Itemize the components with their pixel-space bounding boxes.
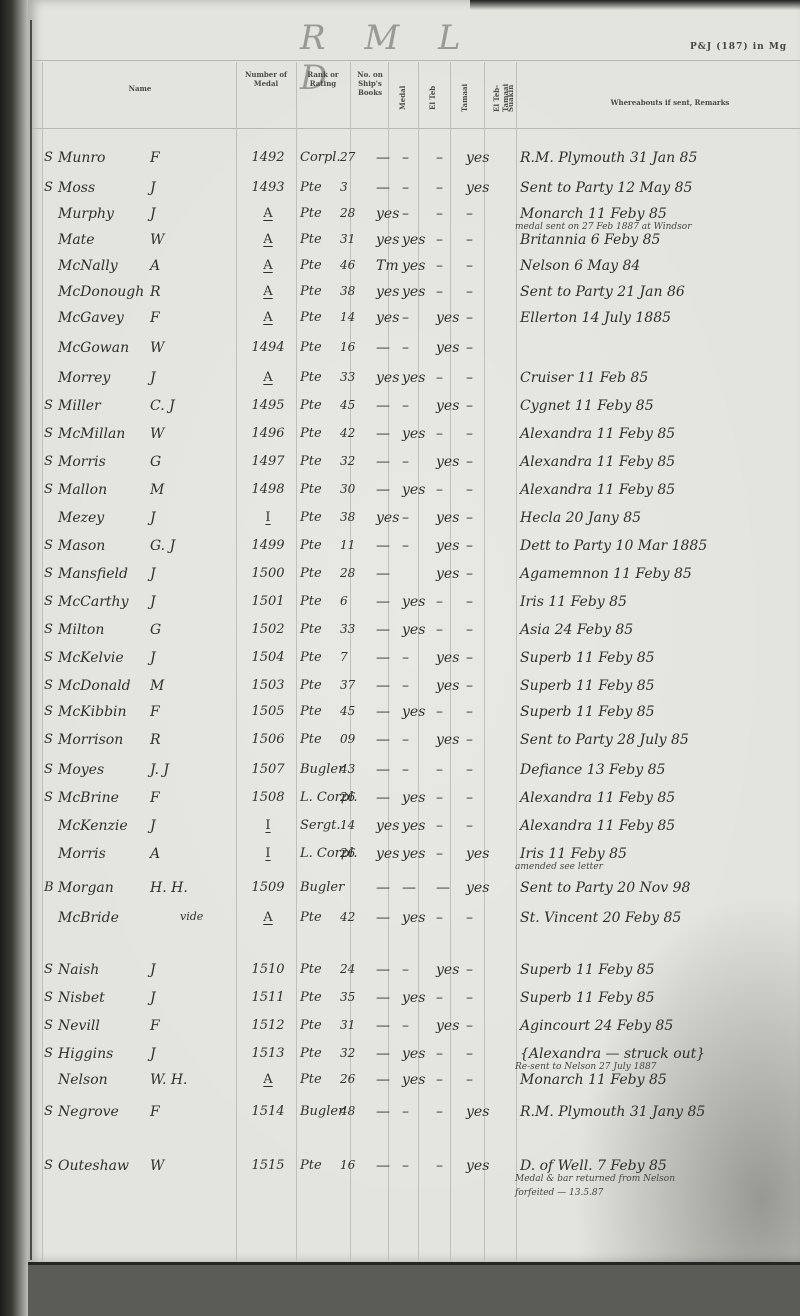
table-row: MateWAPte31yesyes––Britannia 6 Feby 85 xyxy=(0,232,800,256)
ship-book-number: 30 xyxy=(340,482,355,496)
initials: G xyxy=(150,454,161,470)
surname: McKenzie xyxy=(58,818,128,834)
remarks: Iris 11 Feby 85 xyxy=(520,594,627,610)
ship-book-number: 09 xyxy=(340,732,355,746)
initials: A xyxy=(150,258,160,274)
rank-rating: Pte xyxy=(300,454,322,469)
medal-number: 1515 xyxy=(240,1158,296,1173)
rank-rating: Pte xyxy=(300,704,322,719)
flag-col-1: yes xyxy=(376,370,399,386)
rank-rating: Bugler xyxy=(300,762,344,777)
table-row: SMallonM1498Pte30—yes––Alexandra 11 Feby… xyxy=(0,482,800,506)
table-row: SMorrisonR1506Pte09—–yes–Sent to Party 2… xyxy=(0,732,800,756)
flag-col-3: yes xyxy=(436,962,459,978)
initials: W xyxy=(150,340,164,356)
flag-col-2: – xyxy=(402,340,409,356)
flag-col-2: – xyxy=(402,180,409,196)
flag-col-2: yes xyxy=(402,704,425,720)
medal-number: 1499 xyxy=(240,538,296,553)
remark-annotation: Re-sent to Nelson 27 July 1887 xyxy=(515,1062,656,1072)
flag-col-1: — xyxy=(376,398,390,414)
ship-book-number: 33 xyxy=(340,622,355,636)
flag-col-1: — xyxy=(376,150,390,166)
column-header-name: Name xyxy=(110,84,170,93)
remarks: Cruiser 11 Feb 85 xyxy=(520,370,648,386)
flag-col-3: – xyxy=(436,258,443,274)
rank-rating: Pte xyxy=(300,566,322,581)
flag-col-1: — xyxy=(376,962,390,978)
flag-col-3: yes xyxy=(436,538,459,554)
surname: Nevill xyxy=(58,1018,100,1034)
flag-col-3: – xyxy=(436,818,443,834)
ship-book-number: 16 xyxy=(340,1158,355,1172)
medal-number: A xyxy=(240,370,296,385)
rank-rating: Pte xyxy=(300,732,322,747)
rank-rating: Pte xyxy=(300,1046,322,1061)
medal-number: 1507 xyxy=(240,762,296,777)
initials: J xyxy=(150,818,156,834)
table-row: BMorganH. H.1509Bugler———yesSent to Part… xyxy=(0,880,800,904)
flag-col-4: – xyxy=(466,482,473,498)
row-prefix: S xyxy=(44,454,53,469)
rank-rating: Pte xyxy=(300,1158,322,1173)
initials: H. H. xyxy=(150,880,188,896)
flag-col-3: – xyxy=(436,704,443,720)
rank-rating: Pte xyxy=(300,678,322,693)
flag-col-1: — xyxy=(376,622,390,638)
row-prefix: S xyxy=(44,180,53,195)
remarks: Cygnet 11 Feby 85 xyxy=(520,398,654,414)
flag-col-4: yes xyxy=(466,1158,489,1174)
flag-col-4: – xyxy=(466,538,473,554)
ship-book-number: 24 xyxy=(340,962,355,976)
table-row: McGowanW1494Pte16—–yes– xyxy=(0,340,800,364)
surname: Naish xyxy=(58,962,99,978)
row-prefix: S xyxy=(44,1158,53,1173)
row-prefix: S xyxy=(44,482,53,497)
flag-col-3: – xyxy=(436,846,443,862)
flag-col-1: — xyxy=(376,762,390,778)
surname: Morrison xyxy=(58,732,123,748)
flag-col-4: – xyxy=(466,594,473,610)
initials: W. H. xyxy=(150,1072,188,1088)
surname: McNally xyxy=(58,258,118,274)
row-prefix: S xyxy=(44,566,53,581)
initials: J xyxy=(150,510,156,526)
flag-col-4: – xyxy=(466,704,473,720)
remarks: Defiance 13 Feby 85 xyxy=(520,762,665,778)
table-row: McNallyAAPte46Tmyes––Nelson 6 May 84 xyxy=(0,258,800,282)
flag-col-4: yes xyxy=(466,180,489,196)
table-row: McKenzieJISergt.14yesyes––Alexandra 11 F… xyxy=(0,818,800,842)
flag-col-2: yes xyxy=(402,846,425,862)
table-row: MorrisAIL. Corpl.26yesyes–yesIris 11 Feb… xyxy=(0,846,800,870)
flag-col-2: – xyxy=(402,206,409,222)
flag-col-3: – xyxy=(436,790,443,806)
ship-book-number: 38 xyxy=(340,510,355,524)
table-row: SHigginsJ1513Pte32—yes––{Alexandra — str… xyxy=(0,1046,800,1070)
flag-col-2: – xyxy=(402,678,409,694)
flag-col-2: yes xyxy=(402,818,425,834)
column-header-ship-book: No. on Ship's Books xyxy=(352,70,388,97)
medal-number: A xyxy=(240,910,296,925)
remarks: Alexandra 11 Feby 85 xyxy=(520,790,675,806)
row-prefix: S xyxy=(44,426,53,441)
initials: M xyxy=(150,482,164,498)
ship-book-number: 32 xyxy=(340,454,355,468)
rank-rating: Pte xyxy=(300,482,322,497)
initials: J xyxy=(150,370,156,386)
scan-shadow xyxy=(470,0,800,10)
rank-rating: Pte xyxy=(300,310,322,325)
flag-col-1: yes xyxy=(376,232,399,248)
surname: McMillan xyxy=(58,426,125,442)
flag-col-3: — xyxy=(436,880,450,896)
row-prefix: S xyxy=(44,678,53,693)
rank-rating: Pte xyxy=(300,370,322,385)
surname: McCarthy xyxy=(58,594,128,610)
remarks: D. of Well. 7 Feby 85 xyxy=(520,1158,667,1174)
column-header-medal-flag: Medal xyxy=(398,76,407,120)
medal-number: I xyxy=(240,846,296,861)
rank-rating: Pte xyxy=(300,1018,322,1033)
initials: F xyxy=(150,704,160,720)
flag-col-1: — xyxy=(376,880,390,896)
ship-book-number: 31 xyxy=(340,232,355,246)
surname: McDonald xyxy=(58,678,131,694)
surname: Nelson xyxy=(58,1072,108,1088)
flag-col-2: yes xyxy=(402,622,425,638)
flag-col-4: – xyxy=(466,962,473,978)
surname: Miller xyxy=(58,398,101,414)
flag-col-4: – xyxy=(466,1018,473,1034)
flag-col-2: yes xyxy=(402,790,425,806)
table-row: MorreyJAPte33yesyes––Cruiser 11 Feb 85 xyxy=(0,370,800,394)
flag-col-1: — xyxy=(376,990,390,1006)
ship-book-number: 3 xyxy=(340,180,348,194)
rank-rating: Pte xyxy=(300,1072,322,1087)
flag-col-4: – xyxy=(466,650,473,666)
flag-col-3: yes xyxy=(436,678,459,694)
flag-col-2: – xyxy=(402,732,409,748)
medal-number: 1505 xyxy=(240,704,296,719)
remarks: {Alexandra — struck out} xyxy=(520,1046,705,1062)
ship-book-number: 37 xyxy=(340,678,355,692)
medal-number: A xyxy=(240,284,296,299)
initials: J xyxy=(150,180,156,196)
flag-col-4: – xyxy=(466,206,473,222)
ship-book-number: 14 xyxy=(340,310,355,324)
flag-col-3: – xyxy=(436,762,443,778)
flag-col-2: yes xyxy=(402,594,425,610)
flag-col-1: — xyxy=(376,1046,390,1062)
medal-number: 1497 xyxy=(240,454,296,469)
flag-col-2: yes xyxy=(402,258,425,274)
surname: Mallon xyxy=(58,482,107,498)
flag-col-4: – xyxy=(466,910,473,926)
surname: McKibbin xyxy=(58,704,127,720)
surname: Murphy xyxy=(58,206,114,222)
flag-col-3: – xyxy=(436,232,443,248)
ship-book-number: 38 xyxy=(340,284,355,298)
medal-number: 1513 xyxy=(240,1046,296,1061)
surname: McBrine xyxy=(58,790,119,806)
remarks: Iris 11 Feby 85 xyxy=(520,846,627,862)
flag-col-2: – xyxy=(402,962,409,978)
remark-annotation: Medal & bar returned from Nelson xyxy=(515,1174,675,1184)
flag-col-1: — xyxy=(376,790,390,806)
surname: McGavey xyxy=(58,310,124,326)
row-prefix: S xyxy=(44,1018,53,1033)
flag-col-2: yes xyxy=(402,1072,425,1088)
initials: G xyxy=(150,622,161,638)
table-row: SNevillF1512Pte31—–yes–Agincourt 24 Feby… xyxy=(0,1018,800,1042)
remarks: St. Vincent 20 Feby 85 xyxy=(520,910,681,926)
rank-rating: Pte xyxy=(300,232,322,247)
row-prefix: S xyxy=(44,538,53,553)
flag-col-4: – xyxy=(466,990,473,1006)
flag-col-1: — xyxy=(376,1072,390,1088)
row-prefix: B xyxy=(44,880,54,895)
ship-book-number: 28 xyxy=(340,206,355,220)
initials: J xyxy=(150,990,156,1006)
initials: J xyxy=(150,594,156,610)
flag-col-4: – xyxy=(466,232,473,248)
remarks: Alexandra 11 Feby 85 xyxy=(520,818,675,834)
table-row: SMasonG. J1499Pte11—–yes–Dett to Party 1… xyxy=(0,538,800,562)
rank-rating: Pte xyxy=(300,180,322,195)
ship-book-number: 33 xyxy=(340,370,355,384)
flag-col-2: – xyxy=(402,310,409,326)
ship-book-number: 32 xyxy=(340,1046,355,1060)
flag-col-1: — xyxy=(376,678,390,694)
row-prefix: S xyxy=(44,1046,53,1061)
surname: Mason xyxy=(58,538,105,554)
ship-book-number: 42 xyxy=(340,910,355,924)
flag-col-2: – xyxy=(402,762,409,778)
surname: Negrove xyxy=(58,1104,119,1120)
surname: Nisbet xyxy=(58,990,105,1006)
medal-number: 1502 xyxy=(240,622,296,637)
flag-col-1: — xyxy=(376,650,390,666)
flag-col-1: — xyxy=(376,1104,390,1120)
surname: Morris xyxy=(58,454,106,470)
remarks: Sent to Party 12 May 85 xyxy=(520,180,692,196)
column-header-medal: Number of Medal xyxy=(244,70,288,88)
flag-col-4: – xyxy=(466,510,473,526)
remarks: Sent to Party 21 Jan 86 xyxy=(520,284,685,300)
flag-col-1: — xyxy=(376,340,390,356)
ship-book-number: 45 xyxy=(340,704,355,718)
table-row: SMcDonaldM1503Pte37—–yes–Superb 11 Feby … xyxy=(0,678,800,702)
surname: Munro xyxy=(58,150,106,166)
flag-col-4: – xyxy=(466,762,473,778)
table-row: SOuteshawW1515Pte16—––yesD. of Well. 7 F… xyxy=(0,1158,800,1182)
remarks: Dett to Party 10 Mar 1885 xyxy=(520,538,707,554)
remarks: Superb 11 Feby 85 xyxy=(520,704,655,720)
flag-col-1: — xyxy=(376,1018,390,1034)
column-header-tamaai: Tamaai xyxy=(460,76,469,120)
remarks: Ellerton 14 July 1885 xyxy=(520,310,671,326)
flag-col-3: yes xyxy=(436,398,459,414)
flag-col-4: yes xyxy=(466,1104,489,1120)
surname: Milton xyxy=(58,622,104,638)
flag-col-4: – xyxy=(466,370,473,386)
row-prefix: S xyxy=(44,150,53,165)
flag-col-1: Tm xyxy=(376,258,399,274)
initials: J xyxy=(150,962,156,978)
row-prefix: S xyxy=(44,762,53,777)
flag-col-3: – xyxy=(436,990,443,1006)
medal-number: 1496 xyxy=(240,426,296,441)
ship-book-number: 31 xyxy=(340,1018,355,1032)
flag-col-4: – xyxy=(466,1046,473,1062)
initials: F xyxy=(150,790,160,806)
surname: Mate xyxy=(58,232,95,248)
flag-col-4: yes xyxy=(466,880,489,896)
flag-col-4: – xyxy=(466,258,473,274)
remarks: Superb 11 Feby 85 xyxy=(520,990,655,1006)
flag-col-4: – xyxy=(466,340,473,356)
initials: W xyxy=(150,232,164,248)
ship-book-number: 46 xyxy=(340,258,355,272)
flag-col-4: – xyxy=(466,622,473,638)
flag-col-2: yes xyxy=(402,1046,425,1062)
flag-col-1: yes xyxy=(376,284,399,300)
rank-rating: Pte xyxy=(300,340,322,355)
ship-book-number: 42 xyxy=(340,426,355,440)
rank-rating: Pte xyxy=(300,258,322,273)
flag-col-3: – xyxy=(436,1072,443,1088)
row-prefix: S xyxy=(44,704,53,719)
flag-col-3: yes xyxy=(436,340,459,356)
table-row: McBrideAPte42—yes––St. Vincent 20 Feby 8… xyxy=(0,910,800,934)
initials: M xyxy=(150,678,164,694)
remarks: R.M. Plymouth 31 Jany 85 xyxy=(520,1104,705,1120)
ship-book-number: 26 xyxy=(340,790,355,804)
flag-col-2: – xyxy=(402,538,409,554)
flag-col-1: — xyxy=(376,454,390,470)
table-row: MezeyJIPte38yes–yes–Hecla 20 Jany 85 xyxy=(0,510,800,534)
table-row: SMossJ1493Pte3—––yesSent to Party 12 May… xyxy=(0,180,800,204)
medal-number: 1510 xyxy=(240,962,296,977)
flag-col-1: — xyxy=(376,426,390,442)
remarks: Asia 24 Feby 85 xyxy=(520,622,633,638)
flag-col-3: – xyxy=(436,910,443,926)
rank-rating: Pte xyxy=(300,206,322,221)
initials: R xyxy=(150,284,161,300)
ship-book-number: 48 xyxy=(340,1104,355,1118)
row-prefix: S xyxy=(44,962,53,977)
flag-col-3: yes xyxy=(436,1018,459,1034)
flag-col-4: yes xyxy=(466,150,489,166)
flag-col-2: yes xyxy=(402,426,425,442)
flag-col-2: yes xyxy=(402,232,425,248)
flag-col-4: – xyxy=(466,454,473,470)
column-header-rate: Rank or Rating xyxy=(300,70,346,88)
rank-rating: Pte xyxy=(300,962,322,977)
row-prefix: S xyxy=(44,1104,53,1119)
initials: W xyxy=(150,426,164,442)
ship-book-number: 14 xyxy=(340,818,355,832)
remarks: Agamemnon 11 Feby 85 xyxy=(520,566,692,582)
surname: Higgins xyxy=(58,1046,113,1062)
remarks: Superb 11 Feby 85 xyxy=(520,962,655,978)
flag-col-4: – xyxy=(466,678,473,694)
surname: Morrey xyxy=(58,370,110,386)
ship-book-number: 11 xyxy=(340,538,355,552)
row-prefix: S xyxy=(44,650,53,665)
medal-number: 1493 xyxy=(240,180,296,195)
flag-col-1: yes xyxy=(376,206,399,222)
flag-col-1: — xyxy=(376,538,390,554)
table-row: SMcBrineF1508L. Corpl.26—yes––Alexandra … xyxy=(0,790,800,814)
table-row: SMcKibbinF1505Pte45—yes––Superb 11 Feby … xyxy=(0,704,800,728)
row-prefix: S xyxy=(44,990,53,1005)
rank-rating: Sergt. xyxy=(300,818,341,833)
medal-number: 1494 xyxy=(240,340,296,355)
flag-col-3: – xyxy=(436,180,443,196)
medal-number: A xyxy=(240,206,296,221)
flag-col-2: – xyxy=(402,1104,409,1120)
table-row: SNisbetJ1511Pte35—yes––Superb 11 Feby 85 xyxy=(0,990,800,1014)
flag-col-3: – xyxy=(436,1104,443,1120)
medal-number: 1508 xyxy=(240,790,296,805)
row-prefix: S xyxy=(44,594,53,609)
flag-col-4: – xyxy=(466,818,473,834)
flag-col-4: – xyxy=(466,310,473,326)
flag-col-1: yes xyxy=(376,510,399,526)
remarks: Britannia 6 Feby 85 xyxy=(520,232,660,248)
remarks: Superb 11 Feby 85 xyxy=(520,650,655,666)
table-row: SNegroveF1514Bugler48—––yesR.M. Plymouth… xyxy=(0,1104,800,1128)
table-row: SMoyesJ. J1507Bugler43—–––Defiance 13 Fe… xyxy=(0,762,800,786)
initials: C. J xyxy=(150,398,175,414)
flag-col-2: – xyxy=(402,150,409,166)
table-row: NelsonW. H.APte26—yes––Monarch 11 Feby 8… xyxy=(0,1072,800,1096)
ship-book-number: 6 xyxy=(340,594,348,608)
surname: Mansfield xyxy=(58,566,128,582)
flag-col-1: yes xyxy=(376,818,399,834)
rank-rating: Pte xyxy=(300,594,322,609)
flag-col-1: — xyxy=(376,180,390,196)
medal-number: I xyxy=(240,818,296,833)
medal-number: 1504 xyxy=(240,650,296,665)
flag-col-2: yes xyxy=(402,910,425,926)
surname: Morgan xyxy=(58,880,114,896)
surname: McBride xyxy=(58,910,119,926)
flag-col-3: yes xyxy=(436,566,459,582)
flag-col-2: – xyxy=(402,1158,409,1174)
rank-rating: Pte xyxy=(300,622,322,637)
initials: F xyxy=(150,150,160,166)
surname: Outeshaw xyxy=(58,1158,129,1174)
remarks: Nelson 6 May 84 xyxy=(520,258,640,274)
flag-col-2: yes xyxy=(402,370,425,386)
flag-col-2: – xyxy=(402,1018,409,1034)
remarks: Alexandra 11 Feby 85 xyxy=(520,482,675,498)
rank-rating: Bugler xyxy=(300,1104,344,1119)
remarks: R.M. Plymouth 31 Jan 85 xyxy=(520,150,697,166)
flag-col-3: – xyxy=(436,426,443,442)
remarks: Monarch 11 Feby 85 xyxy=(520,1072,667,1088)
flag-col-2: – xyxy=(402,510,409,526)
rank-rating: Pte xyxy=(300,510,322,525)
rank-rating: Pte xyxy=(300,650,322,665)
table-row: McDonoughRAPte38yesyes––Sent to Party 21… xyxy=(0,284,800,308)
table-row: SMcKelvieJ1504Pte7—–yes–Superb 11 Feby 8… xyxy=(0,650,800,674)
flag-col-2: yes xyxy=(402,482,425,498)
